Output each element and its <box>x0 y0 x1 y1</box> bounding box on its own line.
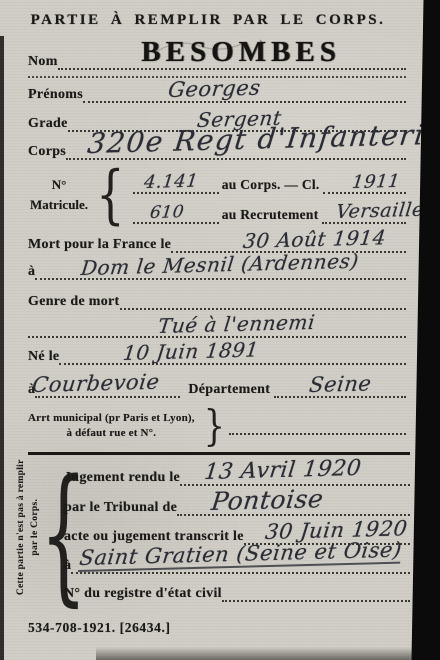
field-transcrit-lieu-value: Saint Gratien (Seine et Oise) <box>78 540 403 572</box>
field-naissance-date: Né le 10 Juin 1891 <box>28 339 406 365</box>
field-jugement-rendu: Jugement rendu le 13 Avril 1920 <box>64 458 410 486</box>
scan-edge-right <box>410 0 440 660</box>
matricule-rows: 4.141 au Corps. — Cl. 1911 610 au Recrut… <box>131 166 406 224</box>
field-matricule-label-line1: N° <box>28 175 90 195</box>
field-genre-mort-entry: Tué à l'ennemi <box>28 310 406 338</box>
field-corps-value: 320e Regt d'Infanterie <box>86 121 440 158</box>
field-arrondissement-label-line1: Arrt municipal (pr Paris et Lyon), <box>28 411 195 426</box>
matricule-brace: { <box>96 167 125 223</box>
matricule-recrutement-label: au Recrutement <box>219 208 322 224</box>
field-prenoms: Prénoms Georges <box>28 75 406 103</box>
field-nom-label: Nom <box>28 54 58 70</box>
field-matricule-label: N° Matricule. <box>28 175 90 215</box>
field-prenoms-label: Prénoms <box>28 87 83 103</box>
field-arrondissement-label-line2: à défaut rue et N°. <box>28 426 195 441</box>
field-tribunal: par le Tribunal de Pontoise <box>64 486 410 516</box>
field-transcrit-lieu-line: Saint Gratien (Seine et Oise) <box>71 572 410 574</box>
field-mort-date-label: Mort pour la France le <box>28 237 171 253</box>
matricule-corps-label: au Corps. — Cl. <box>219 178 323 194</box>
field-transcrit-lieu-label: à <box>64 558 71 574</box>
field-mort-lieu-value: Dom le Mesnil (Ardennes) <box>80 251 360 278</box>
field-genre-mort-value: Tué à l'ennemi <box>157 312 316 336</box>
matricule-classe-value: 1911 <box>351 173 401 192</box>
field-jugement-rendu-label: Jugement rendu le <box>64 470 180 486</box>
field-departement-line: Seine <box>274 396 406 398</box>
matricule-row-recrutement: 610 au Recrutement Versailles <box>133 196 406 224</box>
field-registre: N° du registre d'état civil <box>64 578 410 602</box>
matricule-corps-value: 4.141 <box>143 173 199 192</box>
field-corps-label: Corps <box>28 144 66 160</box>
matricule-classe-line: 1911 <box>323 192 406 194</box>
field-nom: Nom BESOMBES <box>28 40 406 70</box>
field-transcrit-lieu: à Saint Gratien (Seine et Oise) <box>64 546 410 574</box>
field-tribunal-line: Pontoise <box>177 514 410 516</box>
field-prenoms-value: Georges <box>167 78 262 101</box>
arrondissement-brace: } <box>203 404 224 448</box>
field-tribunal-value: Pontoise <box>210 486 325 514</box>
matricule-recrutement-lieu-line: Versailles <box>322 222 406 224</box>
field-mort-lieu-label: à <box>28 264 35 280</box>
field-nom-value: BESOMBES <box>141 38 341 67</box>
matricule-recrutement-value: 610 <box>149 204 185 222</box>
side-note: Cette partie n'est pas à remplir par le … <box>14 456 43 598</box>
field-genre-mort: Genre de mort <box>28 286 406 310</box>
field-nom-line: BESOMBES <box>58 68 406 70</box>
form-title: PARTIE À REMPLIR PAR LE CORPS. <box>0 12 416 29</box>
field-registre-line <box>222 600 410 602</box>
field-genre-mort-label: Genre de mort <box>28 294 120 310</box>
matricule-corps-line: 4.141 <box>133 192 219 194</box>
record-card: PARTIE À REMPLIR PAR LE CORPS. Nom BESOM… <box>0 0 440 660</box>
field-mort-lieu: à Dom le Mesnil (Ardennes) <box>28 252 406 280</box>
field-arrondissement: Arrt municipal (pr Paris et Lyon), à déf… <box>28 404 406 448</box>
field-naissance-lieu-value: Courbevoie <box>31 372 161 396</box>
field-arrondissement-label: Arrt municipal (pr Paris et Lyon), à déf… <box>28 411 195 442</box>
matricule-recrutement-line: 610 <box>133 222 219 224</box>
field-naissance-date-label: Né le <box>28 349 59 365</box>
scan-edge-bottom <box>96 647 440 660</box>
field-jugement-rendu-value: 13 Avril 1920 <box>203 458 363 484</box>
field-matricule-label-line2: Matricule. <box>28 195 90 215</box>
field-prenoms-line: Georges <box>83 101 406 103</box>
field-mort-lieu-line: Dom le Mesnil (Ardennes) <box>35 278 406 280</box>
field-naissance-lieu: à Courbevoie Département Seine <box>28 370 406 398</box>
field-departement-label: Département <box>180 382 274 398</box>
field-naissance-lieu-line: Courbevoie <box>35 396 180 398</box>
field-arrondissement-line <box>229 433 406 435</box>
scan-edge-left <box>0 36 4 660</box>
field-registre-label: N° du registre d'état civil <box>64 586 222 602</box>
imprint-reference: 534-708-1921. [26434.] <box>28 620 171 636</box>
field-corps: Corps 320e Regt d'Infanterie <box>28 126 406 160</box>
field-tribunal-label: par le Tribunal de <box>64 500 177 516</box>
field-naissance-date-value: 10 Juin 1891 <box>122 339 260 363</box>
matricule-row-corps: 4.141 au Corps. — Cl. 1911 <box>133 166 406 194</box>
field-mort-date-value: 30 Août 1914 <box>242 227 387 251</box>
field-departement-value: Seine <box>308 373 373 396</box>
field-naissance-date-line: 10 Juin 1891 <box>59 363 406 365</box>
field-matricule: N° Matricule. { 4.141 au Corps. — Cl. 19… <box>28 166 406 224</box>
